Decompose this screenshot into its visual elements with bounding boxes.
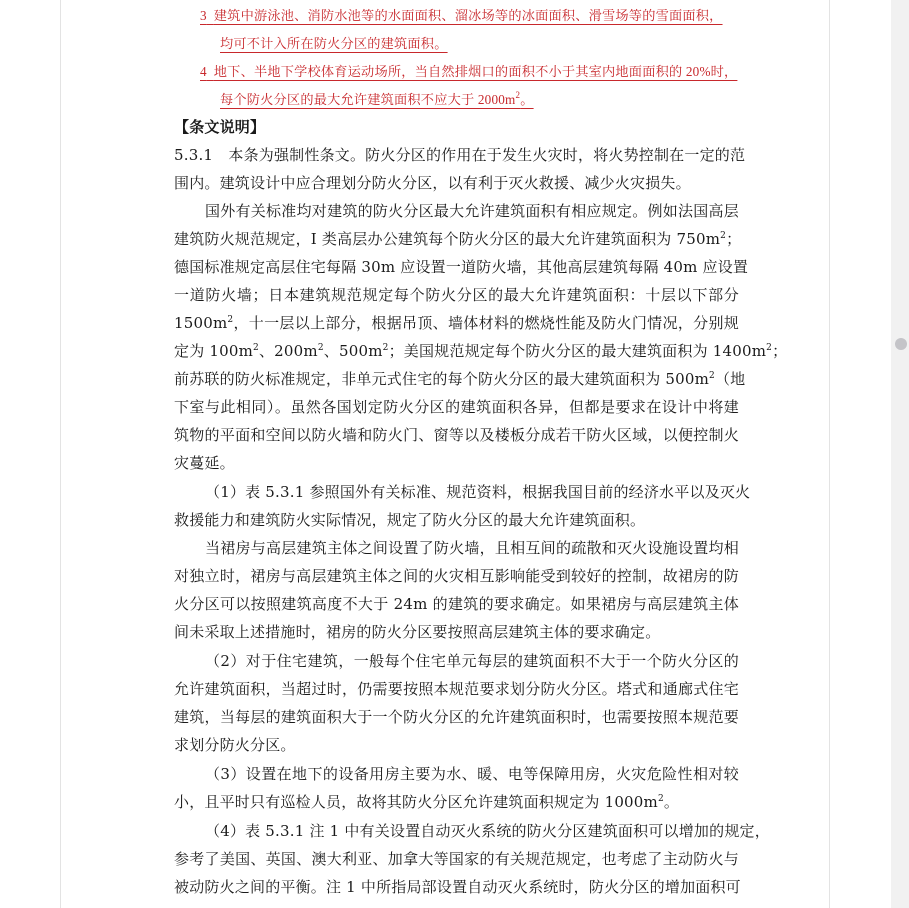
note-3-line-2: 均可不计入所在防火分区的建筑面积。: [220, 30, 448, 58]
text: 、500m: [324, 342, 383, 360]
paragraph-line: 建筑防火规范规定，I 类高层办公建筑每个防火分区的最大允许建筑面积为 750m2…: [174, 225, 739, 253]
note-text: 每个防火分区的最大允许建筑面积不应大于 2000m: [220, 92, 516, 107]
paragraph-line: 救援能力和建筑防火实际情况，规定了防火分区的最大允许建筑面积。: [174, 506, 739, 534]
paragraph-line: （2）对于住宅建筑，一般每个住宅单元每层的建筑面积不大于一个防火分区的: [205, 647, 739, 675]
paragraph-line: 参考了美国、英国、澳大利亚、加拿大等国家的有关规范规定，也考虑了主动防火与: [174, 845, 739, 873]
note-text: 建筑中游泳池、消防水池等的水面面积、溜冰场等的冰面面积、滑雪场等的雪面面积，: [214, 8, 723, 23]
scrollbar-thumb[interactable]: [895, 338, 907, 350]
paragraph-line: 求划分防火分区。: [174, 731, 739, 759]
paragraph-line: 前苏联的防火标准规定，非单元式住宅的每个防火分区的最大建筑面积为 500m2（地: [174, 365, 739, 393]
paragraph-line: 筑物的平面和空间以防火墙和防火门、窗等以及楼板分成若干防火区域，以便控制火: [174, 421, 739, 449]
paragraph-line: （1）表 5.3.1 参照国外有关标准、规范资料，根据我国目前的经济水平以及灭火: [205, 478, 739, 506]
paragraph-line: 德国标准规定高层住宅每隔 30m 应设置一道防火墙，其他高层建筑每隔 40m 应…: [174, 253, 739, 281]
text: （地: [715, 370, 745, 388]
note-4-line-2: 每个防火分区的最大允许建筑面积不应大于 2000m2。: [220, 86, 534, 114]
note-4-line-1: 4 地下、半地下学校体育运动场所，当自然排烟口的面积不小于其室内地面面积的 20…: [200, 58, 737, 86]
paragraph-line: 对独立时，裙房与高层建筑主体之间的火灾相互影响能受到较好的控制，故裙房的防: [174, 562, 739, 590]
note-text: 地下、半地下学校体育运动场所，当自然排烟口的面积不小于其室内地面面积的 20%时…: [214, 64, 738, 79]
text: ，十一层以上部分，根据吊顶、墙体材料的燃烧性能及防火门情况，分别规: [233, 314, 739, 332]
note-3-line-1: 3 建筑中游泳池、消防水池等的水面面积、溜冰场等的冰面面积、滑雪场等的雪面面积，: [200, 2, 737, 30]
note-text: 均可不计入所在防火分区的建筑面积。: [220, 36, 448, 51]
paragraph-line: 国外有关标准均对建筑的防火分区最大允许建筑面积有相应规定。例如法国高层: [205, 197, 739, 225]
paragraph-line: 1500m2，十一层以上部分，根据吊顶、墙体材料的燃烧性能及防火门情况，分别规: [174, 309, 739, 337]
paragraph-line: （3）设置在地下的设备用房主要为水、暖、电等保障用房，火灾危险性相对较: [205, 760, 739, 788]
paragraph-line: 建筑，当每层的建筑面积大于一个防火分区的允许建筑面积时，也需要按照本规范要: [174, 703, 739, 731]
text: 前苏联的防火标准规定，非单元式住宅的每个防火分区的最大建筑面积为 500m: [174, 370, 709, 388]
paragraph-line: 小，且平时只有巡检人员，故将其防火分区允许建筑面积规定为 1000m2。: [174, 788, 739, 816]
paragraph-line: 下室与此相同）。虽然各国划定防火分区的建筑面积各异，但都是要求在设计中将建: [174, 393, 739, 421]
paragraph-line: 围内。建筑设计中应合理划分防火分区，以有利于灭火救援、减少火灾损失。: [174, 169, 739, 197]
text: 建筑防火规范规定，I 类高层办公建筑每个防火分区的最大允许建筑面积为 750m: [174, 230, 720, 248]
note-text: 。: [520, 92, 533, 107]
paragraph-line: 定为 100m2、200m2、500m2；美国规范规定每个防火分区的最大建筑面积…: [174, 337, 739, 365]
text: 1500m: [174, 314, 227, 332]
text: 小，且平时只有巡检人员，故将其防火分区允许建筑面积规定为 1000m: [174, 793, 658, 811]
paragraph-line: 间未采取上述措施时，裙房的防火分区要按照高层建筑主体的要求确定。: [174, 618, 739, 646]
paragraph-line: （4）表 5.3.1 注 1 中有关设置自动灭火系统的防火分区建筑面积可以增加的…: [205, 817, 739, 845]
paragraph-line: 被动防火之间的平衡。注 1 中所指局部设置自动灭火系统时，防火分区的增加面积可: [174, 873, 739, 901]
section-heading: 【条文说明】: [174, 113, 739, 141]
paragraph-line: 火分区可以按照建筑高度不大于 24m 的建筑的要求确定。如果裙房与高层建筑主体: [174, 590, 739, 618]
text: 。: [664, 793, 679, 811]
paragraph-line: 5.3.1 本条为强制性条文。防火分区的作用在于发生火灾时，将火势控制在一定的范: [174, 141, 739, 169]
text: ；: [772, 342, 787, 360]
vertical-scrollbar[interactable]: [891, 0, 909, 908]
paragraph-line: 当裙房与高层建筑主体之间设置了防火墙，且相互间的疏散和灭火设施设置均相: [205, 534, 739, 562]
text: 定为 100m: [174, 342, 253, 360]
text: ；美国规范规定每个防火分区的最大建筑面积为 1400m: [389, 342, 767, 360]
paragraph-line: 灾蔓延。: [174, 449, 739, 477]
text: ；: [726, 230, 741, 248]
note-number: 4: [200, 64, 207, 79]
note-number: 3: [200, 8, 207, 23]
paragraph-line: 一道防火墙；日本建筑规范规定每个防火分区的最大允许建筑面积：十层以下部分: [174, 281, 739, 309]
text: 、200m: [259, 342, 318, 360]
paragraph-line: 允许建筑面积，当超过时，仍需要按照本规范要求划分防火分区。塔式和通廊式住宅: [174, 675, 739, 703]
